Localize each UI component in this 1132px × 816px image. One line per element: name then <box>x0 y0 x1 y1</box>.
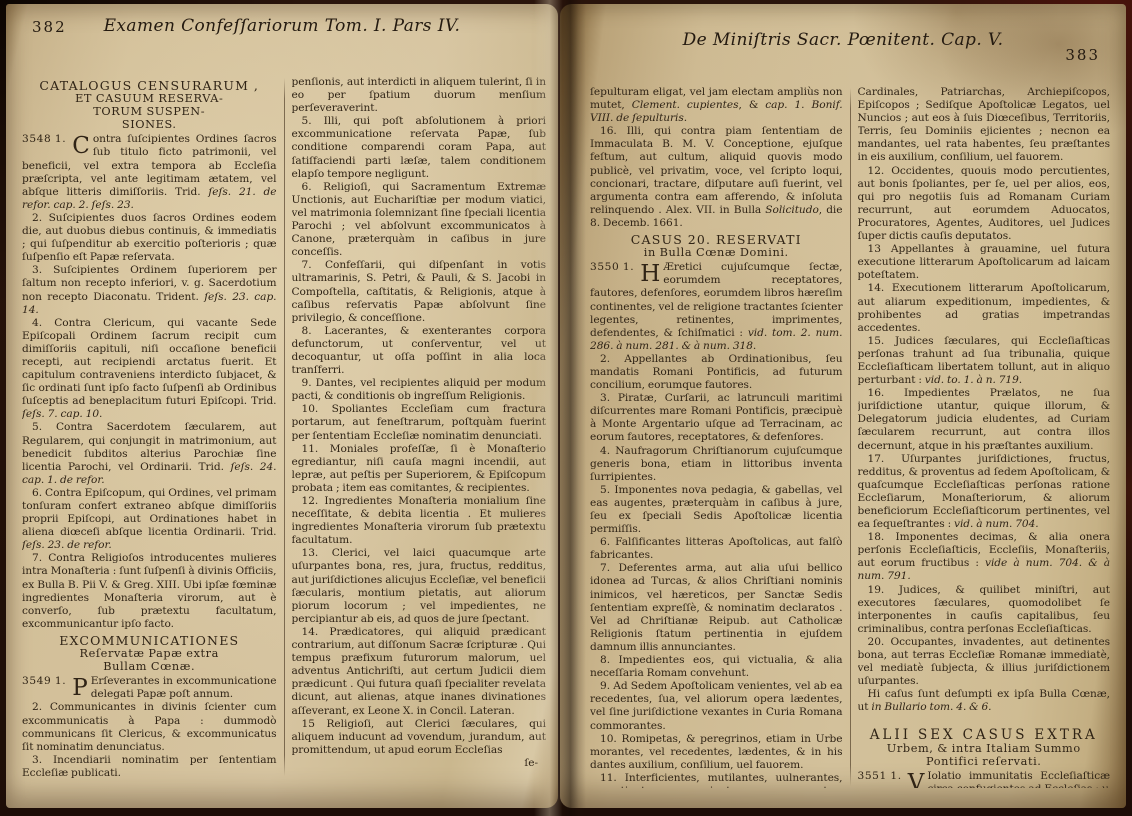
section-heading-line: TORUM SUSPEN- <box>22 105 277 118</box>
page-number: 382 <box>32 18 67 36</box>
section-heading-line: EXCOMMUNICATIONES <box>22 634 277 647</box>
paragraph: 11. Moniales profeſſæ, ſi è Monaſterio e… <box>292 443 547 495</box>
paragraph: 19. Judices, & quilibet miniſtri, aut ex… <box>858 584 1111 636</box>
paragraph: 3549 1.PErſeverantes in excommunicatione… <box>22 675 277 701</box>
section-heading-line: ET CASUUM RESERVA- <box>22 92 277 105</box>
section-heading: ALII SEX CASUS EXTRAUrbem, & intra Itali… <box>858 729 1111 768</box>
drop-cap: P <box>72 676 87 701</box>
margin-number: 3551 1. <box>858 770 902 783</box>
paragraph: 3. Incendiarii nominatim per ſententiam … <box>22 754 277 778</box>
section-heading: CATALOGUS CENSURARUM ,ET CASUUM RESERVA-… <box>22 79 277 131</box>
paragraph: 6. Religioſi, qui Sacramentum Extremæ Un… <box>292 181 547 260</box>
paragraph: 3550 1.HÆretici cujuſcumque ſectæ, eorum… <box>590 261 843 353</box>
paragraph: 3. Piratæ, Curſarii, ac latrunculi marit… <box>590 392 843 444</box>
paragraph: 20. Occupantes, invadentes, aut detinent… <box>858 636 1111 688</box>
paragraph: 13. Clerici, vel laici quacumque arte uſ… <box>292 547 547 626</box>
page-382: 382 Examen Confeſſariorum Tom. I. Pars I… <box>6 4 558 808</box>
section-heading: CASUS 20. RESERVATIin Bulla Cœnæ Domini. <box>590 233 843 259</box>
paragraph: 10. Romipetas, & peregrinos, etiam in Ur… <box>590 733 843 772</box>
section-heading: EXCOMMUNICATIONESReſervatæ Papæ extraBul… <box>22 634 277 673</box>
drop-cap: H <box>640 262 660 287</box>
left-page-column-2: penſionis, aut interdicti in aliquem tul… <box>292 76 547 778</box>
section-heading-line: CATALOGUS CENSURARUM , <box>22 79 277 92</box>
paragraph: 7. Confeſſarii, qui diſpenſant in votis … <box>292 259 547 324</box>
paragraph: 8. Impedientes eos, qui victualia, & ali… <box>590 654 843 680</box>
paragraph: 11. Interficientes, mutilantes, uulneran… <box>590 772 843 788</box>
section-heading-line: Pontifici reſervati. <box>858 755 1111 768</box>
paragraph: Hi caſus ſunt deſumpti ex ipſa Bulla Cœn… <box>858 688 1111 714</box>
section-heading-line: Urbem, & intra Italiam Summo <box>858 742 1111 755</box>
paragraph: 5. Illi, qui poſt abſolutionem à priori … <box>292 115 547 180</box>
paragraph: 12. Occidentes, quouis modo percutientes… <box>858 165 1111 244</box>
section-heading-line: SIONES. <box>22 118 277 131</box>
paragraph: 16. Impedientes Prælatos, ne ſua juriſdi… <box>858 387 1111 452</box>
paragraph: 9. Ad Sedem Apoſtolicam venientes, vel a… <box>590 680 843 732</box>
paragraph: 4. Naufragorum Chriſtianorum cujuſcumque… <box>590 445 843 484</box>
paragraph: 9. Dantes, vel recipientes aliquid per m… <box>292 377 547 403</box>
page-382-columns: CATALOGUS CENSURARUM ,ET CASUUM RESERVA-… <box>6 76 558 778</box>
paragraph: 14. Prædicatores, qui aliquid prædicant … <box>292 626 547 718</box>
paragraph: 16. Illi, qui contra piam ſententiam de … <box>590 125 843 230</box>
paragraph: 2. Suſcipientes duos ſacros Ordines eode… <box>22 212 277 264</box>
paragraph: 10. Spoliantes Eccleſiam cum fractura po… <box>292 403 547 442</box>
page-number: 383 <box>1065 46 1100 64</box>
page-382-header: 382 Examen Confeſſariorum Tom. I. Pars I… <box>6 16 558 50</box>
paragraph: penſionis, aut interdicti in aliquem tul… <box>292 76 547 115</box>
paragraph: 13 Appellantes à grauamine, uel futura e… <box>858 243 1111 282</box>
paragraph: 18. Imponentes decimas, & alia onera per… <box>858 531 1111 583</box>
page-383-columns: ſepulturam eligat, vel jam electam ampli… <box>560 86 1126 788</box>
section-heading-line: ALII SEX CASUS EXTRA <box>858 729 1111 742</box>
section-heading-line: in Bulla Cœnæ Domini. <box>590 246 843 259</box>
paragraph: 5. Imponentes nova pedagia, & gabellas, … <box>590 484 843 536</box>
margin-number: 3548 1. <box>22 133 66 146</box>
column-divider <box>850 88 851 786</box>
right-page-column-2: Cardinales, Patriarchas, Archiepiſcopos,… <box>858 86 1111 788</box>
paragraph: 8. Lacerantes, & exenterantes corpora de… <box>292 325 547 377</box>
paragraph: 3. Suſcipientes Ordinem ſuperiorem per ſ… <box>22 264 277 316</box>
page-383-header: De Miniſtris Sacr. Pœnitent. Cap. V. 383 <box>560 30 1126 64</box>
paragraph: 3548 1.Contra ſuſcipientes Ordines ſacro… <box>22 133 277 212</box>
paragraph: 17. Uſurpantes juriſdictiones, fructus, … <box>858 453 1111 532</box>
running-title: Examen Confeſſariorum Tom. I. Pars IV. <box>6 16 558 36</box>
paragraph: 2. Appellantes ab Ordinationibus, ſeu ma… <box>590 353 843 392</box>
paragraph: 4. Contra Clericum, qui vacante Sede Epi… <box>22 317 277 422</box>
section-heading-line: Reſervatæ Papæ extra <box>22 647 277 660</box>
paragraph: 2. Communicantes in divinis ſcienter cum… <box>22 701 277 753</box>
page-383: De Miniſtris Sacr. Pœnitent. Cap. V. 383… <box>560 4 1126 808</box>
paragraph: 15. Judices ſæculares, qui Eccleſiaſtica… <box>858 335 1111 387</box>
paragraph: 12. Ingredientes Monaſteria monialium ſi… <box>292 495 547 547</box>
drop-cap: C <box>72 134 90 159</box>
paragraph: 14. Executionem litterarum Apoſtolicarum… <box>858 282 1111 334</box>
paragraph: 7. Contra Religioſos introducentes mulie… <box>22 552 277 631</box>
drop-cap: V <box>908 771 925 788</box>
column-divider <box>284 78 285 776</box>
running-title: De Miniſtris Sacr. Pœnitent. Cap. V. <box>560 30 1126 50</box>
margin-number: 3549 1. <box>22 675 66 688</box>
paragraph: 3551 1.VIolatio immunitatis Eccleſiaſtic… <box>858 770 1111 788</box>
margin-number: 3550 1. <box>590 261 634 274</box>
section-heading-line: Bullam Cœnæ. <box>22 660 277 673</box>
paragraph: 6. Contra Epiſcopum, qui Ordines, vel pr… <box>22 487 277 552</box>
catchword: ſe- <box>292 757 547 770</box>
paragraph: 5. Contra Sacerdotem ſæcularem, aut Regu… <box>22 421 277 486</box>
paragraph: 6. Falſificantes litteras Apoſtolicas, a… <box>590 536 843 562</box>
paragraph: Cardinales, Patriarchas, Archiepiſcopos,… <box>858 86 1111 165</box>
paragraph: 7. Deferentes arma, aut alia uſui bellic… <box>590 562 843 654</box>
paragraph: 15 Religioſi, aut Clerici ſæculares, qui… <box>292 718 547 757</box>
right-page-column-1: ſepulturam eligat, vel jam electam ampli… <box>590 86 843 788</box>
paragraph: ſepulturam eligat, vel jam electam ampli… <box>590 86 843 125</box>
left-page-column-1: CATALOGUS CENSURARUM ,ET CASUUM RESERVA-… <box>22 76 277 778</box>
section-heading-line: CASUS 20. RESERVATI <box>590 233 843 246</box>
